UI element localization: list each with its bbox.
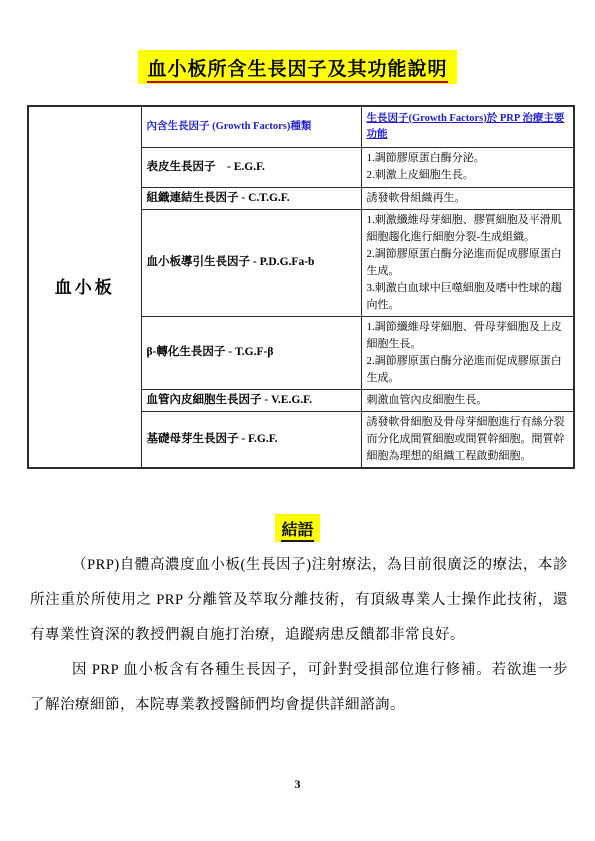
factor-function-cell: 誘發軟骨細胞及骨母芽細胞進行有絲分裂而分化成間質細胞或間質幹細胞。間質幹細胞為理… xyxy=(361,411,574,468)
title-highlight: 血小板所含生長因子及其功能說明 xyxy=(138,50,456,84)
factor-name-cell: β-轉化生長因子 - T.G.F-β xyxy=(141,316,361,389)
factor-name-cell: 表皮生長因子 - E.G.F. xyxy=(141,147,361,187)
conclusion-paragraph-1: （PRP)自體高濃度血小板(生長因子)注射療法，為目前很廣泛的療法，本診所注重於… xyxy=(30,548,568,653)
conclusion-body: （PRP)自體高濃度血小板(生長因子)注射療法，為目前很廣泛的療法，本診所注重於… xyxy=(30,548,568,723)
factor-function-cell: 1.刺激纖維母芽細胞、膠質細胞及平滑肌細胞趨化進行細胞分裂-生成組織。 2.調節… xyxy=(361,209,574,316)
conclusion-highlight: 結語 xyxy=(275,514,319,542)
factor-name-cell: 基礎母芽生長因子 - F.G.F. xyxy=(141,411,361,468)
column-header-types: 內含生長因子 (Growth Factors)種類 xyxy=(141,106,361,147)
factor-function-cell: 1.調節纖維母芽細胞、骨母芽細胞及上皮細胞生長。 2.調節膠原蛋白酶分泌進而促成… xyxy=(361,316,574,389)
factor-function-cell: 1.調節膠原蛋白酶分泌。 2.刺激上皮細胞生長。 xyxy=(361,147,574,187)
conclusion-heading-wrap: 結語 xyxy=(0,514,595,542)
platelet-row-header-cell: 血小板 xyxy=(28,106,141,468)
conclusion-paragraph-2: 因 PRP 血小板含有各種生長因子，可針對受損部位進行修補。若欲進一步了解治療細… xyxy=(30,653,568,723)
growth-factors-table: 血小板 內含生長因子 (Growth Factors)種類 生長因子(Growt… xyxy=(27,105,575,469)
column-header-functions-text: 生長因子(Growth Factors)於 PRP 治療主要功能 xyxy=(367,113,565,140)
page-number: 3 xyxy=(0,777,595,792)
page-title: 血小板所含生長因子及其功能說明 xyxy=(147,59,447,83)
factor-name-cell: 血管內皮細胞生長因子 - V.E.G.F. xyxy=(141,389,361,411)
column-header-functions: 生長因子(Growth Factors)於 PRP 治療主要功能 xyxy=(361,106,574,147)
conclusion-heading: 結語 xyxy=(281,522,313,542)
growth-factors-table-body: 血小板 內含生長因子 (Growth Factors)種類 生長因子(Growt… xyxy=(28,106,574,468)
factor-name-cell: 組織連結生長因子 - C.T.G.F. xyxy=(141,187,361,209)
document-page: 血小板所含生長因子及其功能說明 血小板 內含生長因子 (Growth Facto… xyxy=(0,0,595,841)
table-header-row: 血小板 內含生長因子 (Growth Factors)種類 生長因子(Growt… xyxy=(28,106,574,147)
factor-function-cell: 刺激血管內皮細胞生長。 xyxy=(361,389,574,411)
factor-function-cell: 誘發軟骨組織再生。 xyxy=(361,187,574,209)
document-title-wrap: 血小板所含生長因子及其功能說明 xyxy=(0,50,595,84)
factor-name-cell: 血小板導引生長因子 - P.D.G.Fa-b xyxy=(141,209,361,316)
